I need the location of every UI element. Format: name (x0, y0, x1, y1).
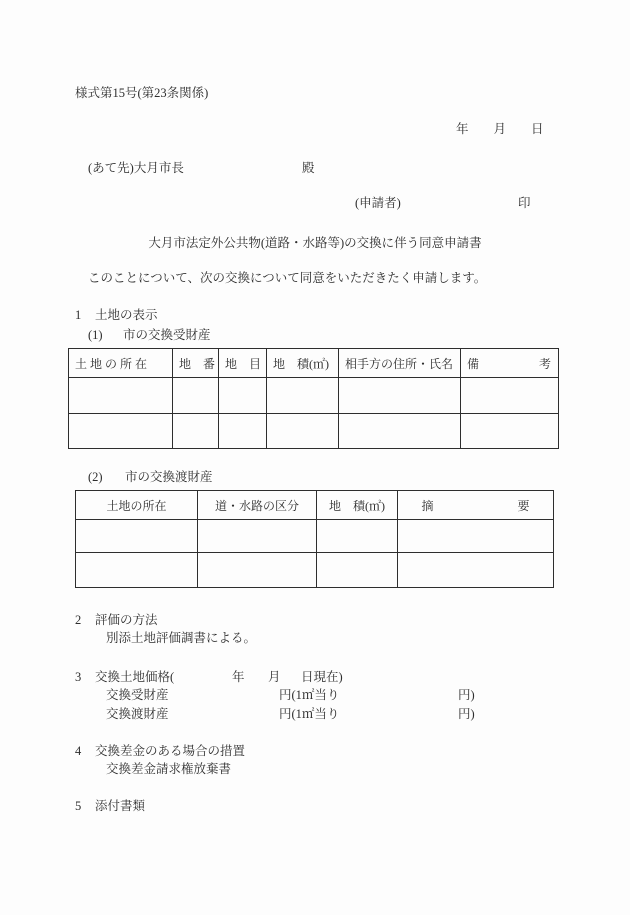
subsection-1-1-number: (1) (88, 328, 103, 343)
table-cell (398, 553, 554, 588)
transfer-unit-price-label: 円(1㎡当り (279, 707, 339, 722)
col-header-land-location: 土 地 の 所 在 (69, 349, 173, 378)
table-row (76, 520, 554, 553)
table-row (76, 553, 554, 588)
form-number: 様式第15号(第23条関係) (75, 86, 208, 101)
addressee-label: (あて先)大月市長 (88, 161, 184, 176)
section-2-number: 2 (75, 613, 81, 628)
price-month-label: 月 (268, 670, 281, 685)
receive-property-label: 交換受財産 (106, 688, 169, 703)
applicant-label: (申請者) (355, 196, 401, 211)
price-year-label: 年 (232, 670, 245, 685)
col-header-area: 地 積(㎡) (317, 491, 398, 520)
document-title: 大月市法定外公共物(道路・水路等)の交換に伴う同意申請書 (0, 236, 630, 251)
col-header-remarks: 備 考 (461, 349, 559, 378)
section-5-number: 5 (75, 799, 81, 814)
section-3-number: 3 (75, 670, 81, 685)
section-1-heading: 土地の表示 (95, 308, 158, 323)
table-cell (173, 378, 219, 414)
table-cell (317, 520, 398, 553)
table-cell (173, 414, 219, 449)
exchange-transfer-table: 土地の所在 道・水路の区分 地 積(㎡) 摘 要 (75, 490, 554, 588)
table-row (69, 378, 559, 414)
subsection-1-2-number: (2) (88, 470, 103, 485)
section-2-body: 別添土地評価調書による。 (106, 631, 256, 646)
table-cell (198, 520, 317, 553)
table-cell (398, 520, 554, 553)
intro-text: このことについて、次の交換について同意をいただきたく申請します。 (88, 271, 486, 286)
section-4-body: 交換差金請求権放棄書 (106, 762, 231, 777)
table-cell (76, 520, 198, 553)
table-cell (339, 378, 461, 414)
seal-mark: 印 (518, 196, 531, 211)
col-header-counterpart: 相手方の住所・氏名 (339, 349, 461, 378)
section-4-number: 4 (75, 744, 81, 759)
section-3-heading: 交換土地価格( (95, 670, 174, 685)
table-cell (461, 414, 559, 449)
honorific-dono: 殿 (302, 161, 315, 176)
col-header-area: 地 積(㎡) (267, 349, 339, 378)
table-cell (317, 553, 398, 588)
table-cell (219, 378, 267, 414)
table-cell (267, 378, 339, 414)
table-cell (219, 414, 267, 449)
col-header-summary: 摘 要 (398, 491, 554, 520)
col-header-land-category: 地 目 (219, 349, 267, 378)
col-header-lot-number: 地 番 (173, 349, 219, 378)
table-cell (69, 414, 173, 449)
receive-yen-close-label: 円) (458, 688, 475, 703)
transfer-property-label: 交換渡財産 (106, 707, 169, 722)
table-cell (461, 378, 559, 414)
table-row (69, 414, 559, 449)
table-cell (267, 414, 339, 449)
col-header-land-location: 土地の所在 (76, 491, 198, 520)
date-line: 年 月 日 (456, 122, 544, 137)
subsection-1-2-heading: 市の交換渡財産 (125, 470, 213, 485)
transfer-yen-close-label: 円) (458, 707, 475, 722)
table-cell (76, 553, 198, 588)
col-header-road-water-class: 道・水路の区分 (198, 491, 317, 520)
receive-unit-price-label: 円(1㎡当り (279, 688, 339, 703)
table-cell (198, 553, 317, 588)
exchange-receive-table: 土 地 の 所 在 地 番 地 目 地 積(㎡) 相手方の住所・氏名 備 考 (68, 348, 559, 449)
section-1-number: 1 (75, 308, 81, 323)
section-2-heading: 評価の方法 (95, 613, 158, 628)
table-cell (69, 378, 173, 414)
section-4-heading: 交換差金のある場合の措置 (95, 744, 245, 759)
subsection-1-1-heading: 市の交換受財産 (123, 328, 211, 343)
price-day-label: 日現在) (301, 670, 343, 685)
section-5-heading: 添付書類 (95, 799, 145, 814)
table-cell (339, 414, 461, 449)
document-page: 様式第15号(第23条関係) 年 月 日 (あて先)大月市長 殿 (申請者) 印… (0, 0, 630, 915)
